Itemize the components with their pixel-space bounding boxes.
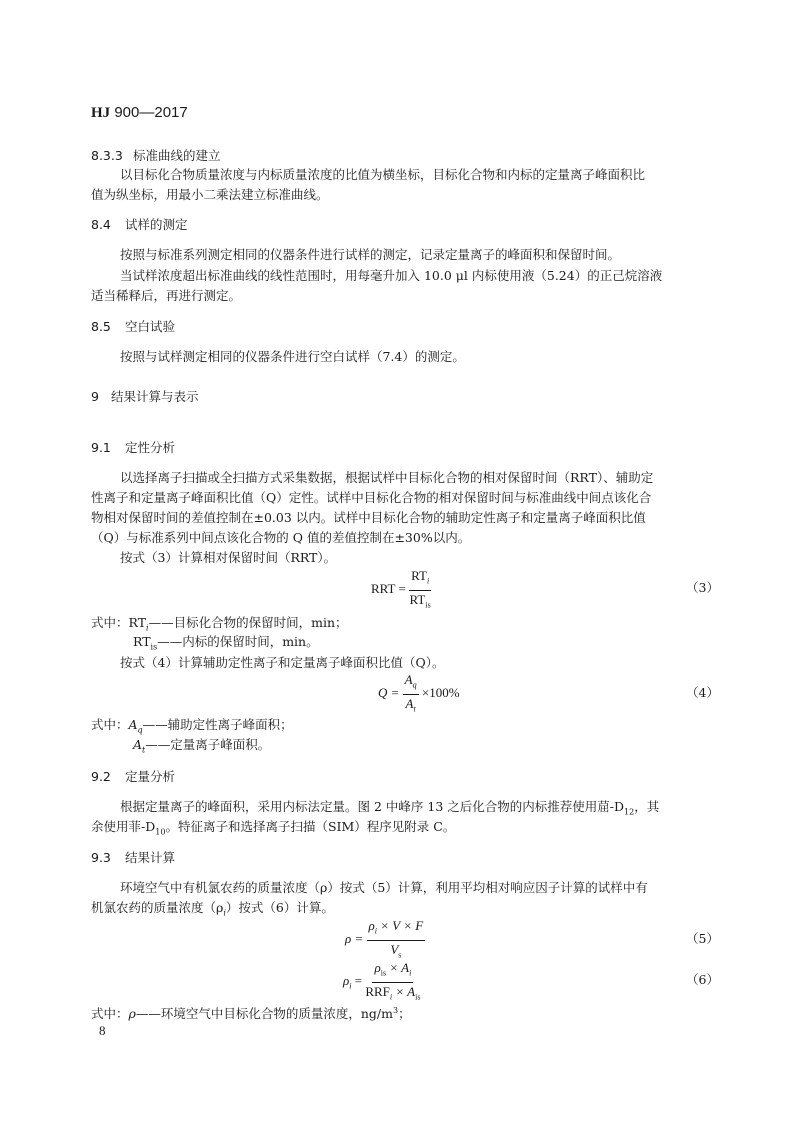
section-9-2-heading: 9.2定量分析: [91, 767, 175, 785]
subscript: i: [427, 577, 429, 586]
symbol: A: [129, 717, 138, 732]
section-number: 9: [91, 389, 111, 404]
text: 余使用菲-D: [91, 819, 155, 834]
paragraph: 机氯农药的质量浓度（ρi）按式（6）计算。: [91, 898, 334, 923]
section-9-1-heading: 9.1定性分析: [91, 438, 175, 456]
equation-lhs: ρ =: [345, 931, 363, 946]
symbol-description: ——定量离子峰面积。: [145, 737, 270, 752]
equals: =: [351, 973, 362, 988]
symbol: RT: [129, 615, 147, 630]
text: ）按式（6）计算。: [226, 900, 334, 915]
section-9-3-heading: 9.3结果计算: [91, 848, 175, 866]
section-number: 8.3.3: [91, 148, 133, 163]
subscript: is: [425, 600, 430, 609]
numerator: RT: [411, 568, 427, 583]
section-title: 结果计算: [125, 850, 175, 865]
where-clause: At——定量离子峰面积。: [133, 735, 270, 760]
denominator: A: [406, 696, 414, 711]
fraction: RTi RTis: [409, 568, 431, 612]
numerator-tail: × A: [386, 960, 409, 975]
equation-number: （6）: [686, 970, 719, 988]
equation-number: （5）: [686, 929, 719, 947]
symbol-description: ——辅助定性离子峰面积；: [143, 717, 293, 732]
equation-5: ρ = ρi × V × F Vs: [345, 918, 425, 962]
denominator-tail: × A: [392, 984, 415, 999]
where-prefix: 式中：: [91, 717, 129, 732]
standard-code-prefix: HJ: [91, 105, 110, 121]
section-title: 空白试验: [125, 319, 175, 334]
section-number: 8.5: [91, 319, 125, 334]
where-prefix: 式中：: [91, 615, 129, 630]
paragraph: 按照与标准系列测定相同的仪器条件进行试样的测定，记录定量离子的峰面积和保留时间。: [120, 245, 620, 264]
section-number: 8.4: [91, 217, 125, 232]
subscript: q: [413, 681, 417, 690]
fraction: Aq At: [403, 672, 419, 716]
paragraph: 余使用菲-D10。特征离子和选择离子扫描（SIM）程序见附录 C。: [91, 817, 455, 842]
denominator: RRF: [365, 984, 390, 999]
paragraph: 按式（3）计算相对保留时间（RRT）。: [120, 548, 336, 567]
subscript: 12: [624, 808, 634, 817]
section-title: 标准曲线的建立: [133, 148, 221, 163]
paragraph: 以选择离子扫描或全扫描方式采集数据，根据试样中目标化合物的相对保留时间（RRT）…: [120, 468, 653, 487]
section-number: 9.2: [91, 769, 125, 784]
subscript: i: [409, 969, 411, 978]
text: 根据定量离子的峰面积，采用内标法定量。图 2 中峰序 13 之后化合物的内标推荐…: [120, 799, 624, 814]
section-8-3-3-heading: 8.3.3标准曲线的建立: [91, 146, 221, 164]
section-8-5-heading: 8.5空白试验: [91, 317, 175, 335]
paragraph: 按式（4）计算辅助定性离子和定量离子峰面积比值（Q）。: [120, 653, 444, 672]
section-title: 定量分析: [125, 769, 175, 784]
text: 。特征离子和选择离子扫描（SIM）程序见附录 C。: [165, 819, 455, 834]
symbol-description: ——环境空气中目标化合物的质量浓度，ng/m: [136, 1006, 393, 1021]
subscript: s: [398, 950, 401, 959]
equation-number: （4）: [686, 683, 719, 701]
section-9-heading: 9结果计算与表示: [91, 387, 199, 405]
paragraph: 按照与试样测定相同的仪器条件进行空白试样（7.4）的测定。: [120, 347, 465, 366]
symbol: A: [133, 737, 142, 752]
standard-code-number: 900—2017: [110, 104, 188, 121]
equation-3: RRT = RTi RTis: [371, 568, 431, 612]
subscript: is: [415, 992, 420, 1001]
page-number: 8: [99, 1023, 106, 1039]
equation-tail: ×100%: [422, 685, 460, 700]
equation-6: ρi = ρis × Ai RRFi × Ais: [343, 960, 420, 1004]
section-title: 结果计算与表示: [111, 389, 199, 404]
numerator: A: [405, 672, 413, 687]
where-prefix: 式中：: [91, 1006, 129, 1021]
section-number: 9.1: [91, 440, 125, 455]
equation-4: Q = Aq At ×100%: [378, 672, 460, 716]
paragraph: 适当稀释后，再进行测定。: [91, 286, 241, 305]
symbol-description: ——内标的保留时间，min。: [157, 634, 318, 649]
standard-code: HJ 900—2017: [91, 104, 188, 122]
equation-lhs: Q =: [378, 685, 399, 700]
text: ；: [398, 1006, 411, 1021]
text: 机氯农药的质量浓度（ρ: [91, 900, 223, 915]
fraction: ρis × Ai RRFi × Ais: [365, 960, 420, 1004]
paragraph: 值为纵坐标，用最小二乘法建立标准曲线。: [91, 185, 329, 204]
paragraph: （Q）与标准系列中间点该化合物的 Q 值的差值控制在±30%以内。: [91, 528, 470, 547]
equation-number: （3）: [686, 578, 719, 596]
subscript: t: [414, 704, 416, 713]
subscript: 10: [155, 828, 165, 837]
fraction: ρi × V × F Vs: [367, 918, 426, 962]
section-number: 9.3: [91, 850, 125, 865]
section-title: 试样的测定: [125, 217, 188, 232]
section-title: 定性分析: [125, 440, 175, 455]
text: ，其: [634, 799, 659, 814]
symbol-description: ——目标化合物的保留时间，min；: [149, 615, 348, 630]
paragraph: 以目标化合物质量浓度与内标质量浓度的比值为横坐标，目标化合物和内标的定量离子峰面…: [120, 165, 645, 184]
numerator-tail: × V × F: [377, 918, 423, 933]
equation-lhs: RRT =: [371, 581, 406, 596]
paragraph: 性离子和定量离子峰面积比值（Q）定性。试样中目标化合物的相对保留时间与标准曲线中…: [91, 488, 651, 507]
where-clause: 式中：ρ——环境空气中目标化合物的质量浓度，ng/m3；: [91, 1001, 411, 1023]
symbol: ρ: [129, 1006, 136, 1021]
symbol: RT: [133, 634, 151, 649]
paragraph: 物相对保留时间的差值控制在±0.03 以内。试样中目标化合物的辅助定性离子和定量…: [91, 508, 646, 527]
denominator: RT: [410, 592, 426, 607]
paragraph: 环境空气中有机氯农药的质量浓度（ρ）按式（5）计算，利用平均相对响应因子计算的试…: [120, 878, 648, 897]
section-8-4-heading: 8.4试样的测定: [91, 215, 188, 233]
paragraph: 当试样浓度超出标准曲线的线性范围时，用每毫升加入 10.0 μl 内标使用液（5…: [120, 266, 662, 285]
